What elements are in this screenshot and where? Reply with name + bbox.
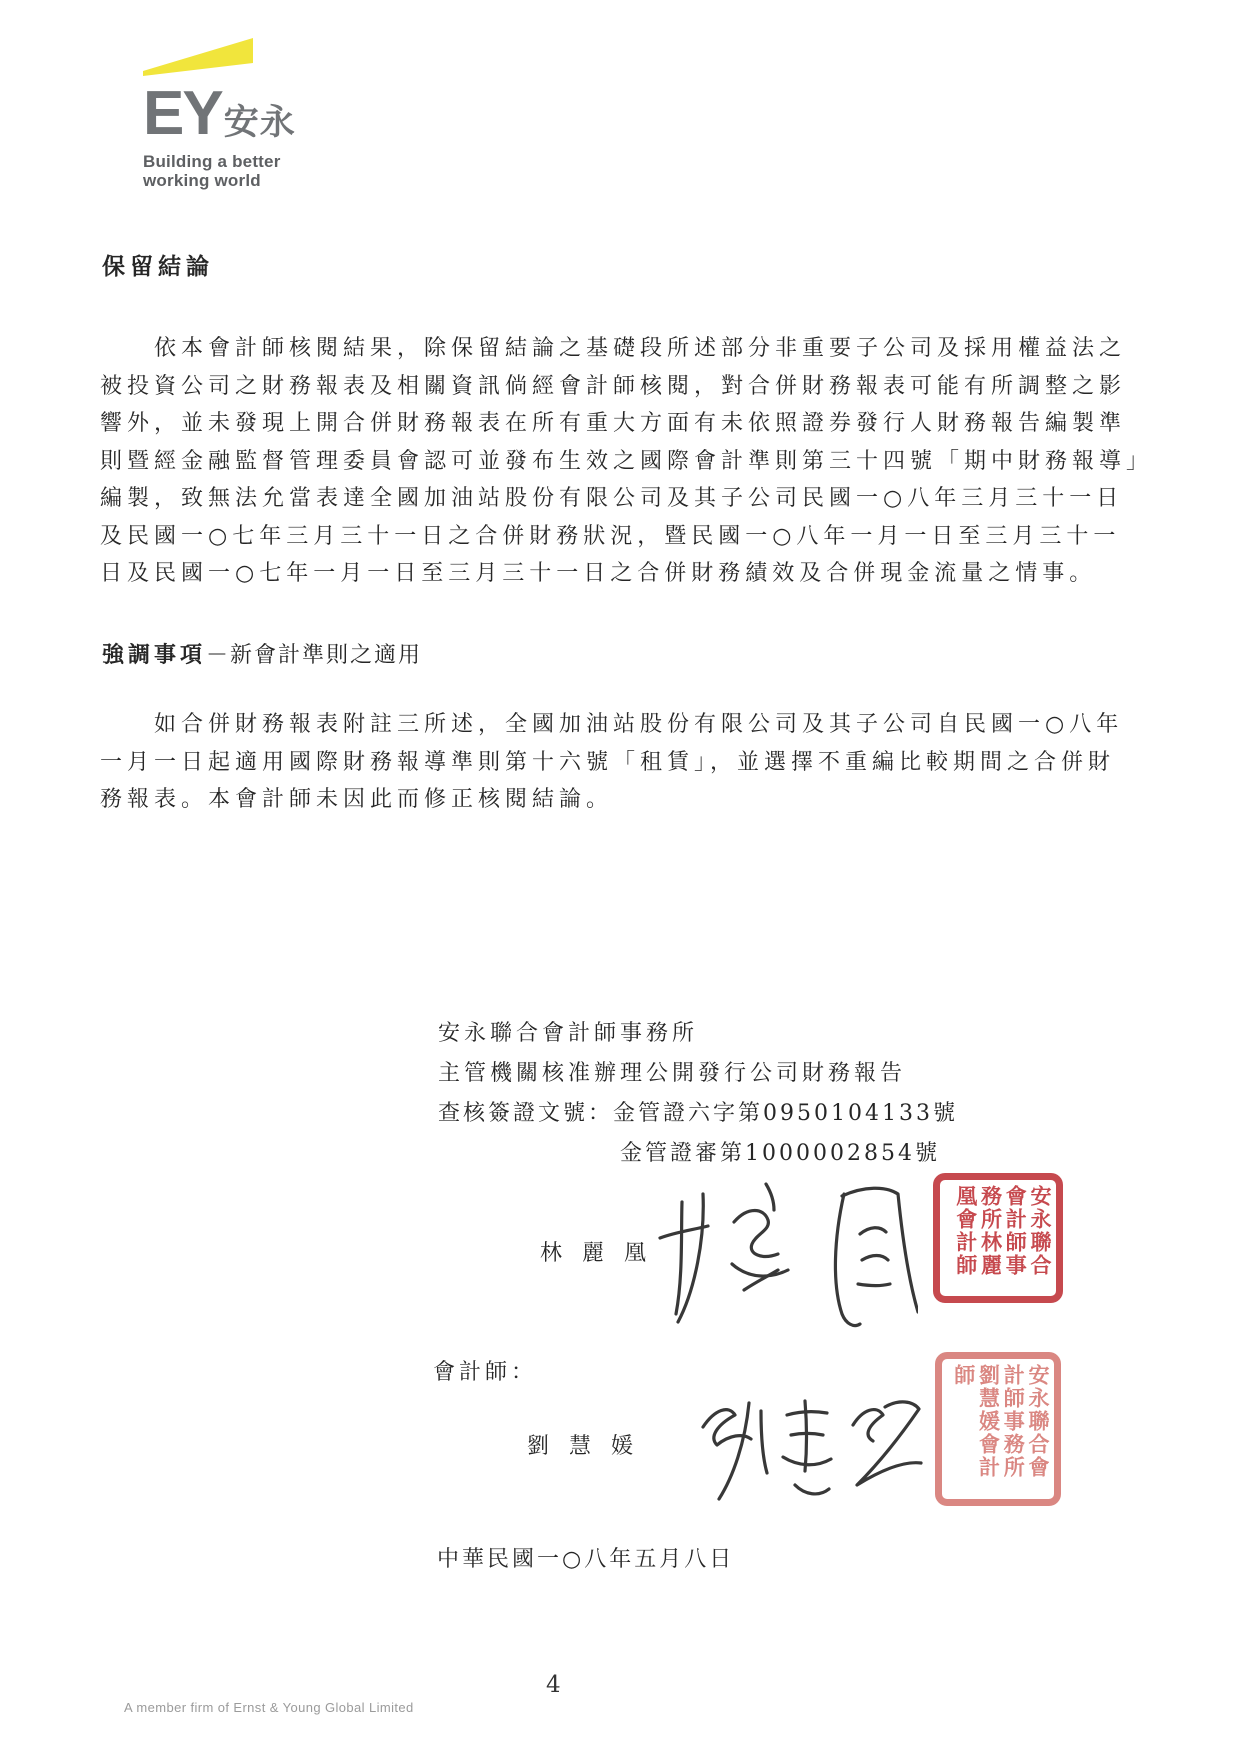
accountant-label: 會計師： bbox=[433, 1355, 537, 1386]
firm-name: 安永聯合會計師事務所 bbox=[438, 1014, 958, 1054]
doc-number-line2: 金管證審第1000002854號 bbox=[438, 1134, 958, 1174]
report-date: 中華民國一○八年五月八日 bbox=[437, 1542, 734, 1573]
seal-text-lin-lifeng: 安永聯合會計師事務所林麗凰會計師 bbox=[944, 1185, 1052, 1291]
ey-tagline-line2: working world bbox=[143, 171, 296, 190]
approval-line: 主管機關核准辦理公開發行公司財務報告 bbox=[438, 1054, 958, 1094]
handwritten-signature-lin-lifeng bbox=[648, 1172, 918, 1342]
handwritten-signature-liu-huiyuan bbox=[685, 1385, 930, 1520]
ey-tagline-line1: Building a better bbox=[143, 152, 296, 171]
seal-text-liu-huiyuan: 安永聯合會計師事務所劉慧媛會計師 bbox=[946, 1364, 1050, 1494]
section-heading-emphasis-of-matter: 強調事項－新會計準則之適用 bbox=[102, 638, 422, 669]
red-seal-liu-huiyuan: 安永聯合會計師事務所劉慧媛會計師 bbox=[935, 1352, 1061, 1506]
page-number: 4 bbox=[546, 1672, 561, 1698]
printed-name-liu-huiyuan: 劉慧媛 bbox=[527, 1429, 653, 1460]
member-firm-note: A member firm of Ernst & Young Global Li… bbox=[124, 1700, 414, 1715]
ey-wordmark: EY 安永 bbox=[143, 82, 296, 146]
doc-number-label: 查核簽證文號： bbox=[438, 1101, 613, 1126]
ey-tagline: Building a better working world bbox=[143, 152, 296, 190]
doc-number-line1: 查核簽證文號：金管證六字第0950104133號 bbox=[438, 1094, 958, 1134]
heading-emphasis-bold: 強調事項 bbox=[102, 642, 206, 668]
ey-letters: EY bbox=[143, 82, 222, 146]
paragraph-qualified-conclusion: 依本會計師核閱結果，除保留結論之基礎段所述部分非重要子公司及採用權益法之 被投資… bbox=[100, 330, 1158, 593]
paragraph-emphasis-of-matter: 如合併財務報表附註三所述，全國加油站股份有限公司及其子公司自民國一○八年 一月一… bbox=[100, 706, 1158, 819]
heading-emphasis-rest: －新會計準則之適用 bbox=[206, 643, 422, 668]
ey-logo: EY 安永 Building a better working world bbox=[143, 38, 296, 190]
audit-report-page: EY 安永 Building a better working world 保留… bbox=[0, 0, 1241, 1755]
red-seal-lin-lifeng: 安永聯合會計師事務所林麗凰會計師 bbox=[933, 1173, 1063, 1303]
section-heading-qualified-conclusion: 保留結論 bbox=[102, 248, 214, 281]
signoff-block: 安永聯合會計師事務所 主管機關核准辦理公開發行公司財務報告 查核簽證文號：金管證… bbox=[438, 1014, 958, 1174]
ey-chinese-name: 安永 bbox=[224, 103, 296, 143]
ey-yellow-beam-icon bbox=[143, 38, 258, 80]
doc-number-1: 金管證六字第0950104133號 bbox=[613, 1101, 958, 1126]
doc-number-2: 金管證審第1000002854號 bbox=[620, 1141, 940, 1166]
